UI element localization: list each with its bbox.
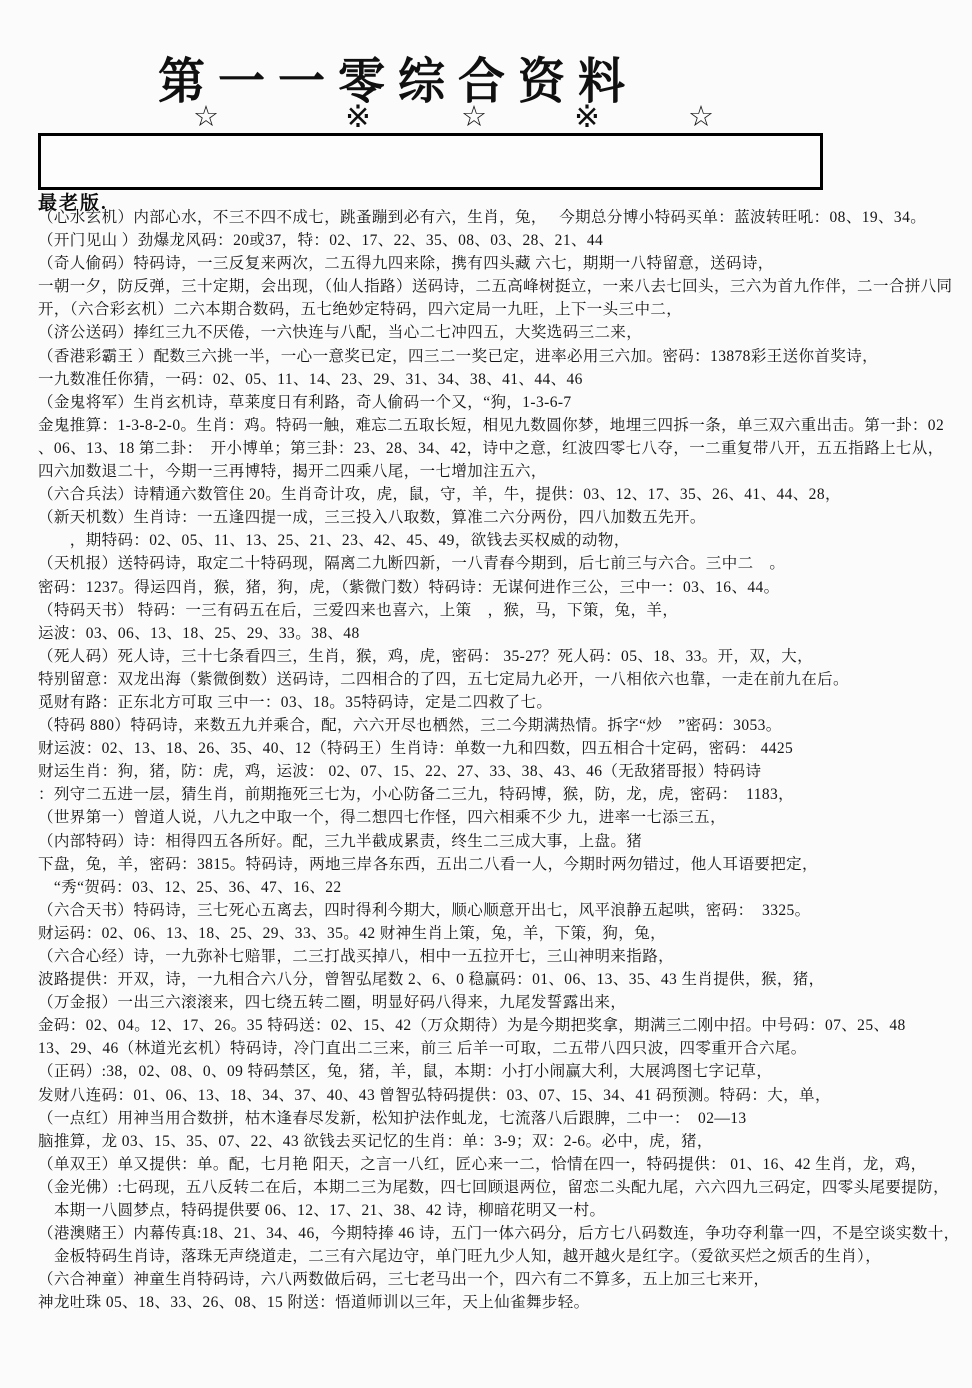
text-line: （香港彩霸王 ）配数三六挑一半，一心一意奖已定，四三二一奖已定，进率必用三六加。…: [38, 345, 972, 368]
text-line: 四六加数退二十，今期一三再博特，揭开二四乘八尾，一七增加注五六，: [38, 460, 972, 483]
text-line: 运波：03、06、13、18、25、29、33。38、48: [38, 622, 972, 645]
text-line: （奇人偷码）特码诗，一三反复来两次，二五得九四来除，携有四头藏 六七，期期一八特…: [38, 252, 972, 275]
text-line: 神龙吐珠 05、18、33、26、08、15 附送：悟道师训以三年，天上仙雀舞步…: [38, 1291, 972, 1314]
text-line: （死人码）死人诗，三十七条看四三，生肖，猴，鸡，虎，密码： 35-27？死人码：…: [38, 645, 972, 668]
text-line: 特别留意：双龙出海（紫微倒数）送码诗，二四相合的了四，五七定局九必开，一八相依六…: [38, 668, 972, 691]
text-line: 一九数准任你猜，一码：02、05、11、14、23、29、31、34、38、41…: [38, 368, 972, 391]
text-line: 脑推算，龙 03、15、35、07、22、43 欲钱去买记忆的生肖：单：3-9；…: [38, 1130, 972, 1153]
text-line: “秀“贺码：03、12、25、36、47、16、22: [38, 876, 972, 899]
body-text: （心水玄机）内部心水，不三不四不成七，跳蚤蹦到必有六，生肖，兔， 今期总分博小特…: [38, 206, 972, 1315]
text-line: （万金报）一出三六滚滚来，四七绕五转二圈，明显好码八得来，九尾发誓露出来，: [38, 991, 972, 1014]
text-line: （济公送码）捧红三九不厌倦，一六快连与八配，当心二七冲四五，大奖选码三二来，: [38, 321, 972, 344]
text-line: 发财八连码：01、06、13、18、34、37、40、43 曾智弘特码提供：03…: [38, 1084, 972, 1107]
star-icon: ☆: [461, 101, 487, 133]
reference-mark-icon: ※: [574, 101, 600, 133]
text-line: 下盘，兔，羊，密码：3815。特码诗，两地三岸各东西，五出二八看一人，今期时两勿…: [38, 853, 972, 876]
text-line: （开门见山 ）劲爆龙风码：20或37，特：02、17、22、35、08、03、2…: [38, 229, 972, 252]
text-line: 一朝一夕，防反弹，三十定期，会出现，（仙人指路）送码诗，二五高峰树挺立，一来八去…: [38, 275, 972, 298]
text-line: 开，（六合彩玄机）二六本期合数码，五七绝妙定特码，四六定局一九旺，上下一头三中二…: [38, 298, 972, 321]
text-line: （单双王）单又提供：单。配，七月艳 阳天，之言一八红，匠心来一二，恰情在四一，特…: [38, 1153, 972, 1176]
text-line: 、06、13、18 第二卦： 开小博单；第三卦：23、28、34、42，诗中之意…: [38, 437, 972, 460]
text-line: （六合天书）特码诗，三七死心五离去，四时得利今期大，顺心顺意开出七，风平浪静五起…: [38, 899, 972, 922]
text-line: （内部特码）诗：相得四五各所好。配，三九半截成累责，终生二三成大事，上盘。猪: [38, 830, 972, 853]
text-line: 本期一八圆梦点，特码提供要 06、12、17、21、38、42 诗，柳暗花明又一…: [38, 1199, 972, 1222]
text-line: （世界第一）曾道人说，八九之中取一个，得二想四七作怪，四六相乘不少 九，进率一七…: [38, 806, 972, 829]
text-line: 金码：02、04。12、17、26。35 特码送：02、15、42（万众期待）为…: [38, 1014, 972, 1037]
text-line: （六合神童）神童生肖特码诗，六八两数做后码，三七老马出一个，四六有二不算多，五上…: [38, 1268, 972, 1291]
text-line: 财运波：02、13、18、26、35、40、12（特码王）生肖诗：单数一九和四数…: [38, 737, 972, 760]
text-line: （天机报）送特码诗，取定二十特码现，隔离二九断四新，一八青春今期到，后七前三与六…: [38, 552, 972, 575]
text-line: ：列守二五进一层，猜生肖，前期拖死三七为，小心防备二三九，特码博，猴，防，龙，虎…: [38, 783, 972, 806]
text-line: （特码天书） 特码：一三有码五在后，三爱四来也喜六，上策 ，猴，马，下策，兔，羊…: [38, 599, 972, 622]
reference-mark-icon: ※: [345, 101, 371, 133]
text-line: （六合兵法）诗精通六数管住 20。生肖奇计攻，虎，鼠，守，羊，牛，提供：03、1…: [38, 483, 972, 506]
text-line: （六合心经）诗，一九弥补七赔罪，二三打战买掉八，相中一五拉开七，三山神明来指路，: [38, 945, 972, 968]
text-line: （金光佛）:七码现，五八反转二在后，本期二三为尾数，四七回顾退两位，留恋二头配九…: [38, 1176, 972, 1199]
text-line: 金鬼推算：1-3-8-2-0。生肖：鸡。特码一触，难忘二五取长短，相见九数圆你梦…: [38, 414, 972, 437]
text-line: 财运生肖：狗，猪，防：虎，鸡，运波： 02、07、15、22、27、33、38、…: [38, 760, 972, 783]
text-line: ，期特码：02、05、11、13、25、21、23、42、45、49，欲钱去买权…: [38, 529, 972, 552]
text-line: 13、29、46（林道光玄机）特码诗，冷门直出二三来，前三 后羊一可取，二五带八…: [38, 1037, 972, 1060]
text-line: （新天机数）生肖诗：一五逢四提一成，三三投入八取数，算准二六分两份，四八加数五先…: [38, 506, 972, 529]
text-line: （一点红）用神当用合数拼，枯木逢春尽发新，松知护法作虬龙，七流落八后跟脾，二中一…: [38, 1107, 972, 1130]
text-line: 金板特码生肖诗，落珠无声绕道走，二三有六尾边守，单门旺九少人知，越开越火是红字。…: [38, 1245, 972, 1268]
star-icon: ☆: [193, 101, 219, 133]
text-line: （心水玄机）内部心水，不三不四不成七，跳蚤蹦到必有六，生肖，兔， 今期总分博小特…: [38, 206, 972, 229]
notice-box: [38, 133, 823, 190]
star-icon: ☆: [688, 101, 714, 133]
text-line: 密码：1237。得运四肖，猴，猪，狗，虎，（紫微门数）特码诗：无谋何进作三公，三…: [38, 576, 972, 599]
decor-symbol-row: ☆ ※ ☆ ※ ☆: [0, 101, 972, 133]
text-line: （金鬼将军）生肖玄机诗，草莱度日有利路，奇人偷码一个又，“狗，1-3-6-7: [38, 391, 972, 414]
text-line: （特码 880）特码诗，来数五九并乘合，配，六六开尽也栖然，三二今期满热情。拆字…: [38, 714, 972, 737]
text-line: 财运码：02、06、13、18、25、29、33、35。42 财神生肖上策，兔，…: [38, 922, 972, 945]
text-line: 波路提供：开双，诗，一九相合六八分，曾智弘尾数 2、6、0 稳赢码：01、06、…: [38, 968, 972, 991]
text-line: （正码）:38，02、08、0、09 特码禁区，兔，猪，羊，鼠，本期：小打小闹赢…: [38, 1060, 972, 1083]
page-root: 第一一零综合资料 ☆ ※ ☆ ※ ☆ 最老版. （心水玄机）内部心水，不三不四不…: [0, 0, 972, 1388]
text-line: （港澳赌王）内幕传真:18、21、34、46，今期特捧 46 诗，五门一体六码分…: [38, 1222, 972, 1245]
text-line: 觅财有路：正东北方可取 三中一：03、18。35特码诗，定是二四救了七。: [38, 691, 972, 714]
